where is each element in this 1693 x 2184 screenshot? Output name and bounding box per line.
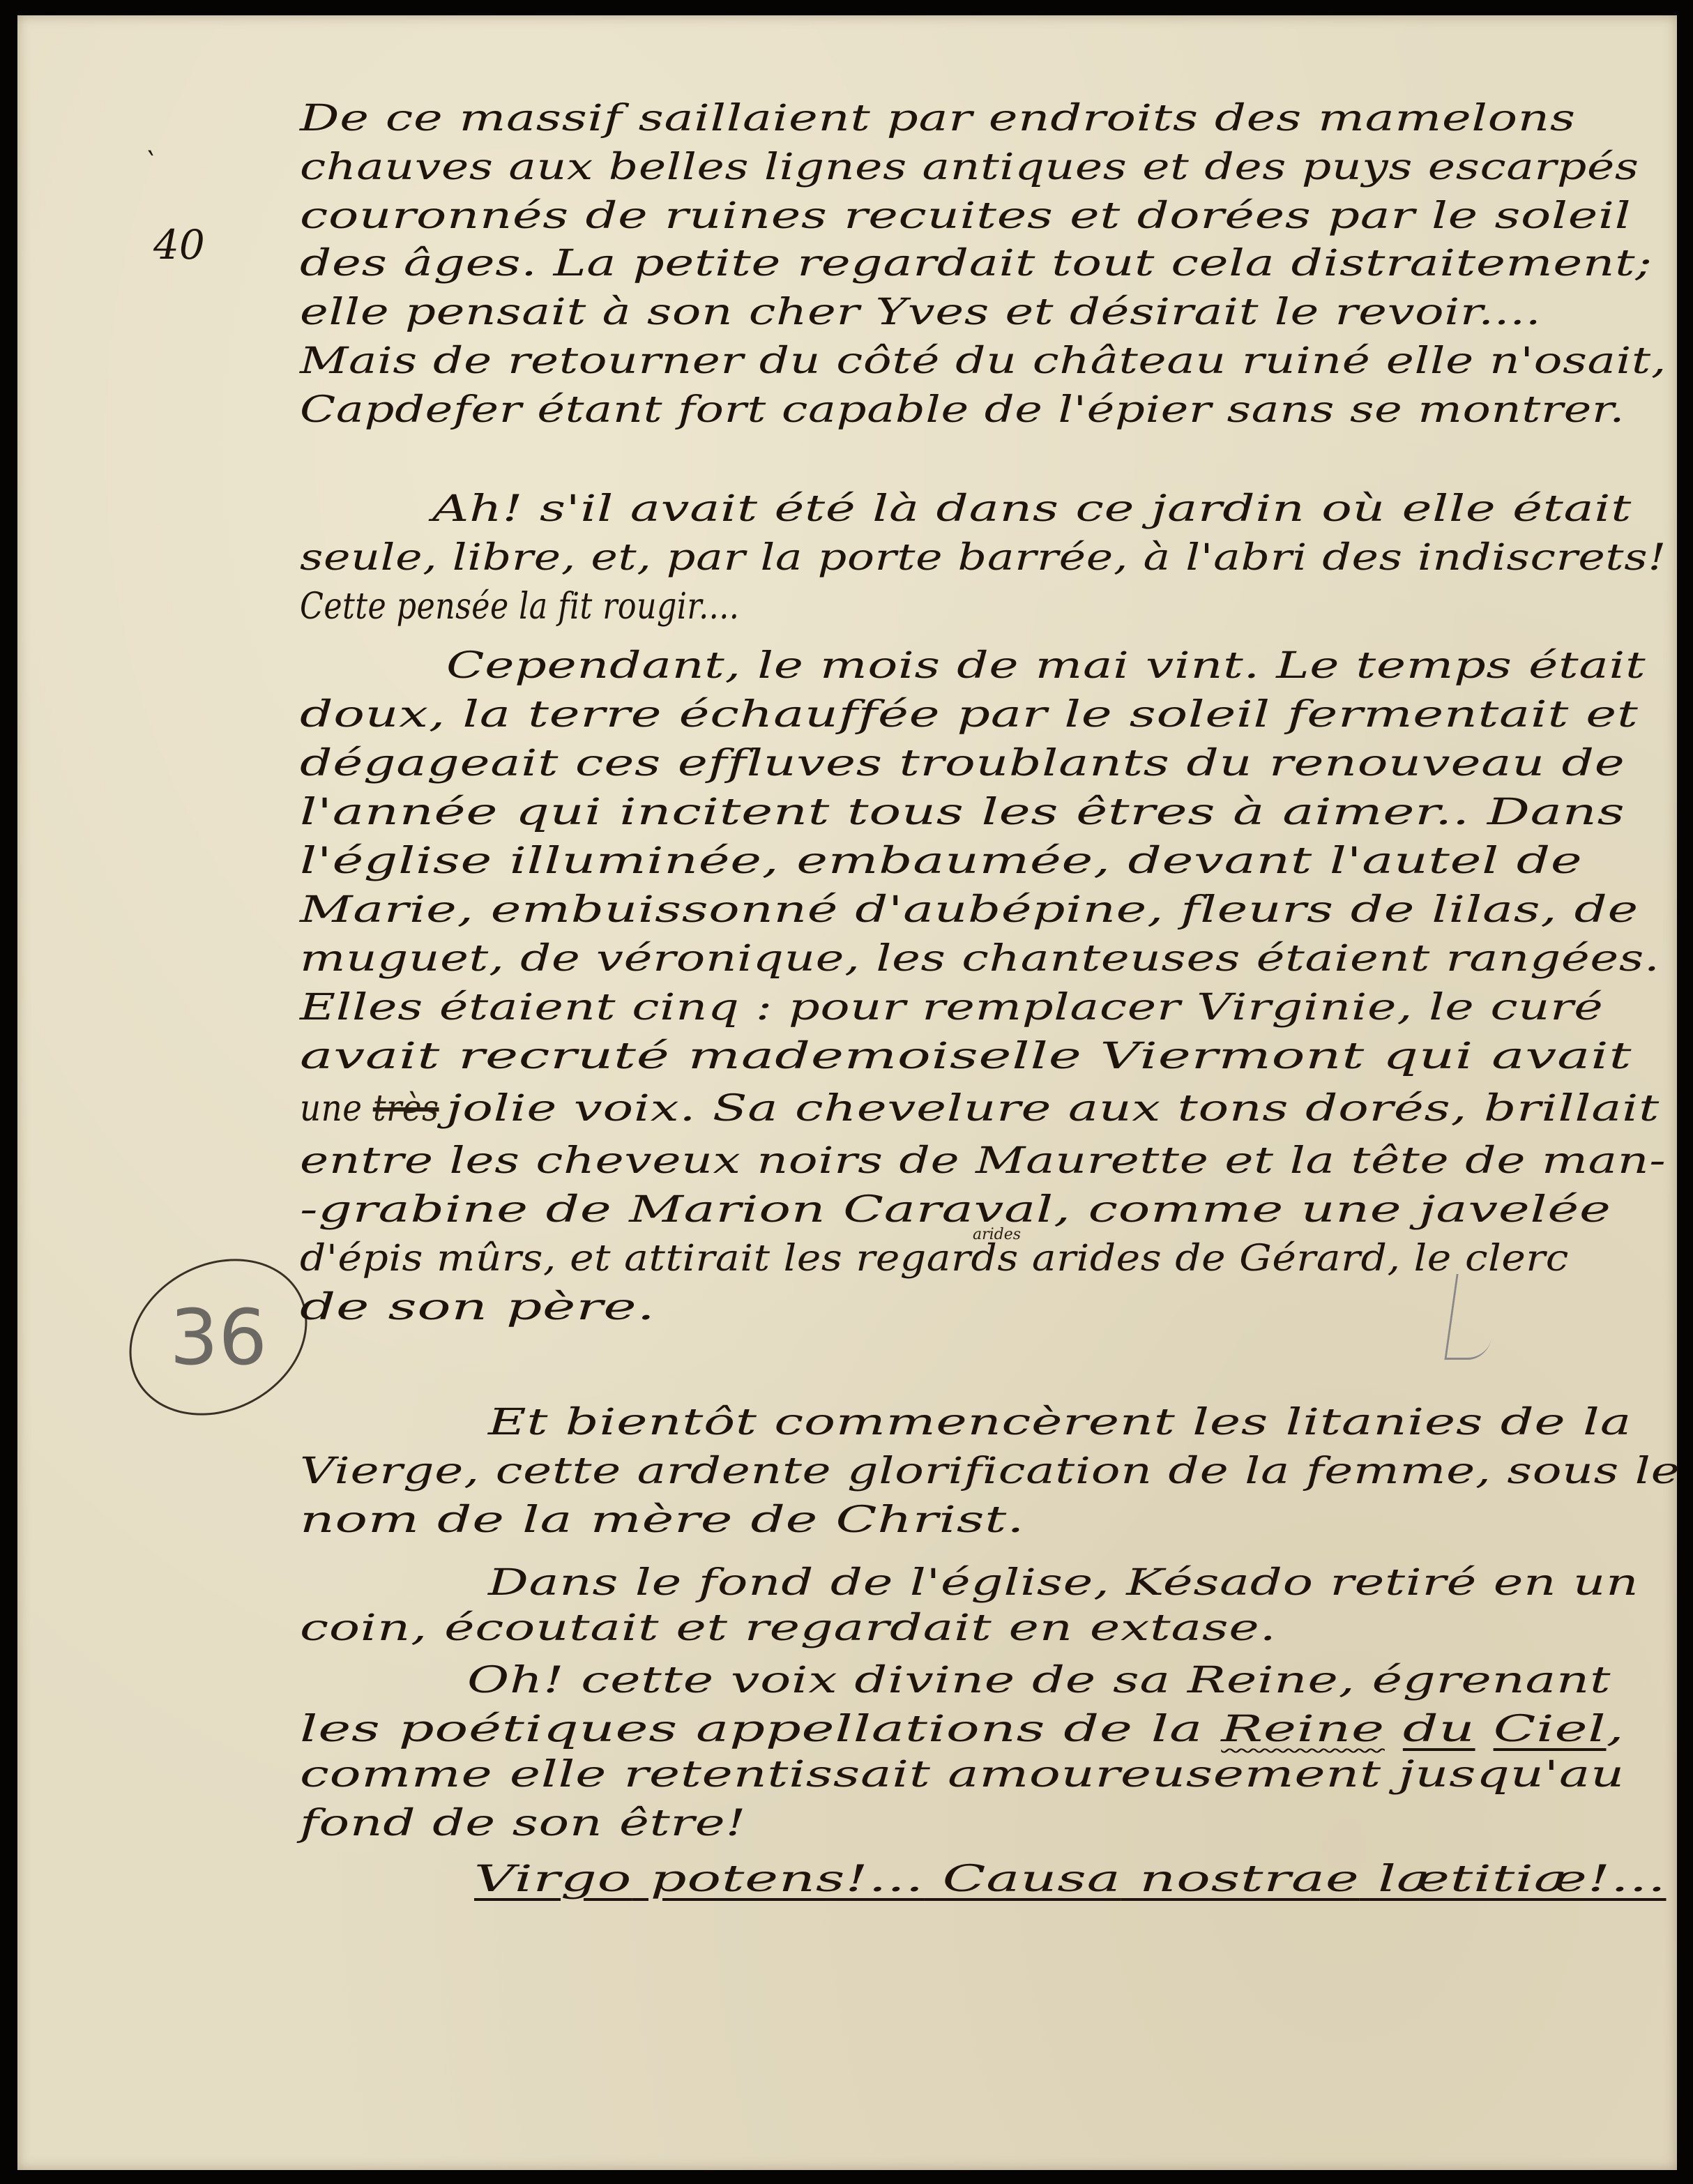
latin-word: nostrae xyxy=(1121,1858,1360,1900)
latin-word: Virgo xyxy=(474,1858,632,1900)
manuscript-line: Mais de retourner du côté du château rui… xyxy=(300,340,1667,382)
manuscript-line: nom de la mère de Christ. xyxy=(300,1499,1024,1541)
manuscript-line: couronnés de ruines recuites et dorées p… xyxy=(300,195,1631,237)
manuscript-line: l'église illuminée, embaumée, devant l'a… xyxy=(300,840,1582,882)
insertion-arides: arides xyxy=(973,1226,1021,1243)
manuscript-line: les poétiques appellations de la Reine d… xyxy=(300,1708,1625,1750)
manuscript-line: doux, la terre échauffée par le soleil f… xyxy=(300,694,1638,736)
manuscript-line: Vierge, cette ardente glorification de l… xyxy=(300,1450,1680,1492)
underlined-word xyxy=(1385,1708,1403,1750)
manuscript-line: coin, écoutait et regardait en extase. xyxy=(300,1607,1277,1649)
struck-word: très xyxy=(373,1088,439,1130)
manuscript-line: Elles étaient cinq : pour remplacer Virg… xyxy=(300,987,1603,1029)
manuscript-page: ` 40 36 De ce massif saillaient par endr… xyxy=(17,15,1677,2170)
manuscript-line: Et bientôt commencèrent les litanies de … xyxy=(488,1402,1632,1443)
manuscript-line: -grabine de Marion Caraval, comme une ja… xyxy=(300,1189,1611,1231)
manuscript-line: Marie, embuissonné d'aubépine, fleurs de… xyxy=(300,889,1639,931)
manuscript-line: de son père. xyxy=(300,1287,655,1328)
manuscript-line: Ah! s'il avait été là dans ce jardin où … xyxy=(432,488,1632,530)
manuscript-line: Cependant, le mois de mai vint. Le temps… xyxy=(446,645,1646,687)
manuscript-line: elle pensait à son cher Yves et désirait… xyxy=(300,291,1541,333)
latin-word: lætitiæ!... xyxy=(1360,1858,1667,1900)
manuscript-line: muguet, de véronique, les chanteuses éta… xyxy=(300,938,1660,980)
manuscript-line: fond de son être! xyxy=(300,1803,746,1844)
manuscript-line: De ce massif saillaient par endroits des… xyxy=(300,98,1576,139)
manuscript-line: seule, libre, et, par la porte barrée, à… xyxy=(300,537,1667,579)
manuscript-line: comme elle retentissait amoureusement ju… xyxy=(300,1754,1625,1796)
margin-tick-mark: ` xyxy=(143,148,157,180)
manuscript-line: chauves aux belles lignes antiques et de… xyxy=(300,146,1639,188)
latin-word: Causa xyxy=(924,1858,1121,1900)
manuscript-line: Capdefer étant fort capable de l'épier s… xyxy=(300,389,1625,431)
underlined-word: du xyxy=(1403,1708,1475,1750)
manuscript-line: entre les cheveux noirs de Maurette et l… xyxy=(300,1140,1666,1182)
manuscript-line: jolie voix. Sa chevelure aux tons dorés,… xyxy=(446,1088,1660,1130)
manuscript-line: avait recruté mademoiselle Viermont qui … xyxy=(300,1036,1632,1077)
manuscript-line: Cette pensée la fit rougir.... xyxy=(300,586,739,628)
manuscript-line: d'épis mûrs, et attirait les regards ari… xyxy=(300,1238,1569,1280)
underlined-word: Ciel xyxy=(1494,1708,1607,1750)
manuscript-line: une très xyxy=(300,1088,439,1130)
manuscript-line: Virgo potens!... Causa nostrae lætitiæ!.… xyxy=(474,1858,1667,1900)
manuscript-line: des âges. La petite regardait tout cela … xyxy=(300,243,1653,285)
manuscript-line: Oh! cette voix divine de sa Reine, égren… xyxy=(467,1660,1611,1701)
manuscript-line: Dans le fond de l'église, Késado retiré … xyxy=(488,1562,1639,1604)
pencil-bracket-mark xyxy=(1444,1274,1500,1360)
margin-line-number: 40 xyxy=(153,221,205,268)
latin-word: potens!... xyxy=(632,1858,924,1900)
folio-number: 36 xyxy=(169,1293,267,1382)
underlined-word xyxy=(1475,1708,1494,1750)
manuscript-line: l'année qui incitent tous les êtres à ai… xyxy=(300,791,1625,833)
manuscript-line: dégageait ces effluves troublants du ren… xyxy=(300,743,1625,784)
underlined-word: Reine xyxy=(1221,1708,1385,1750)
